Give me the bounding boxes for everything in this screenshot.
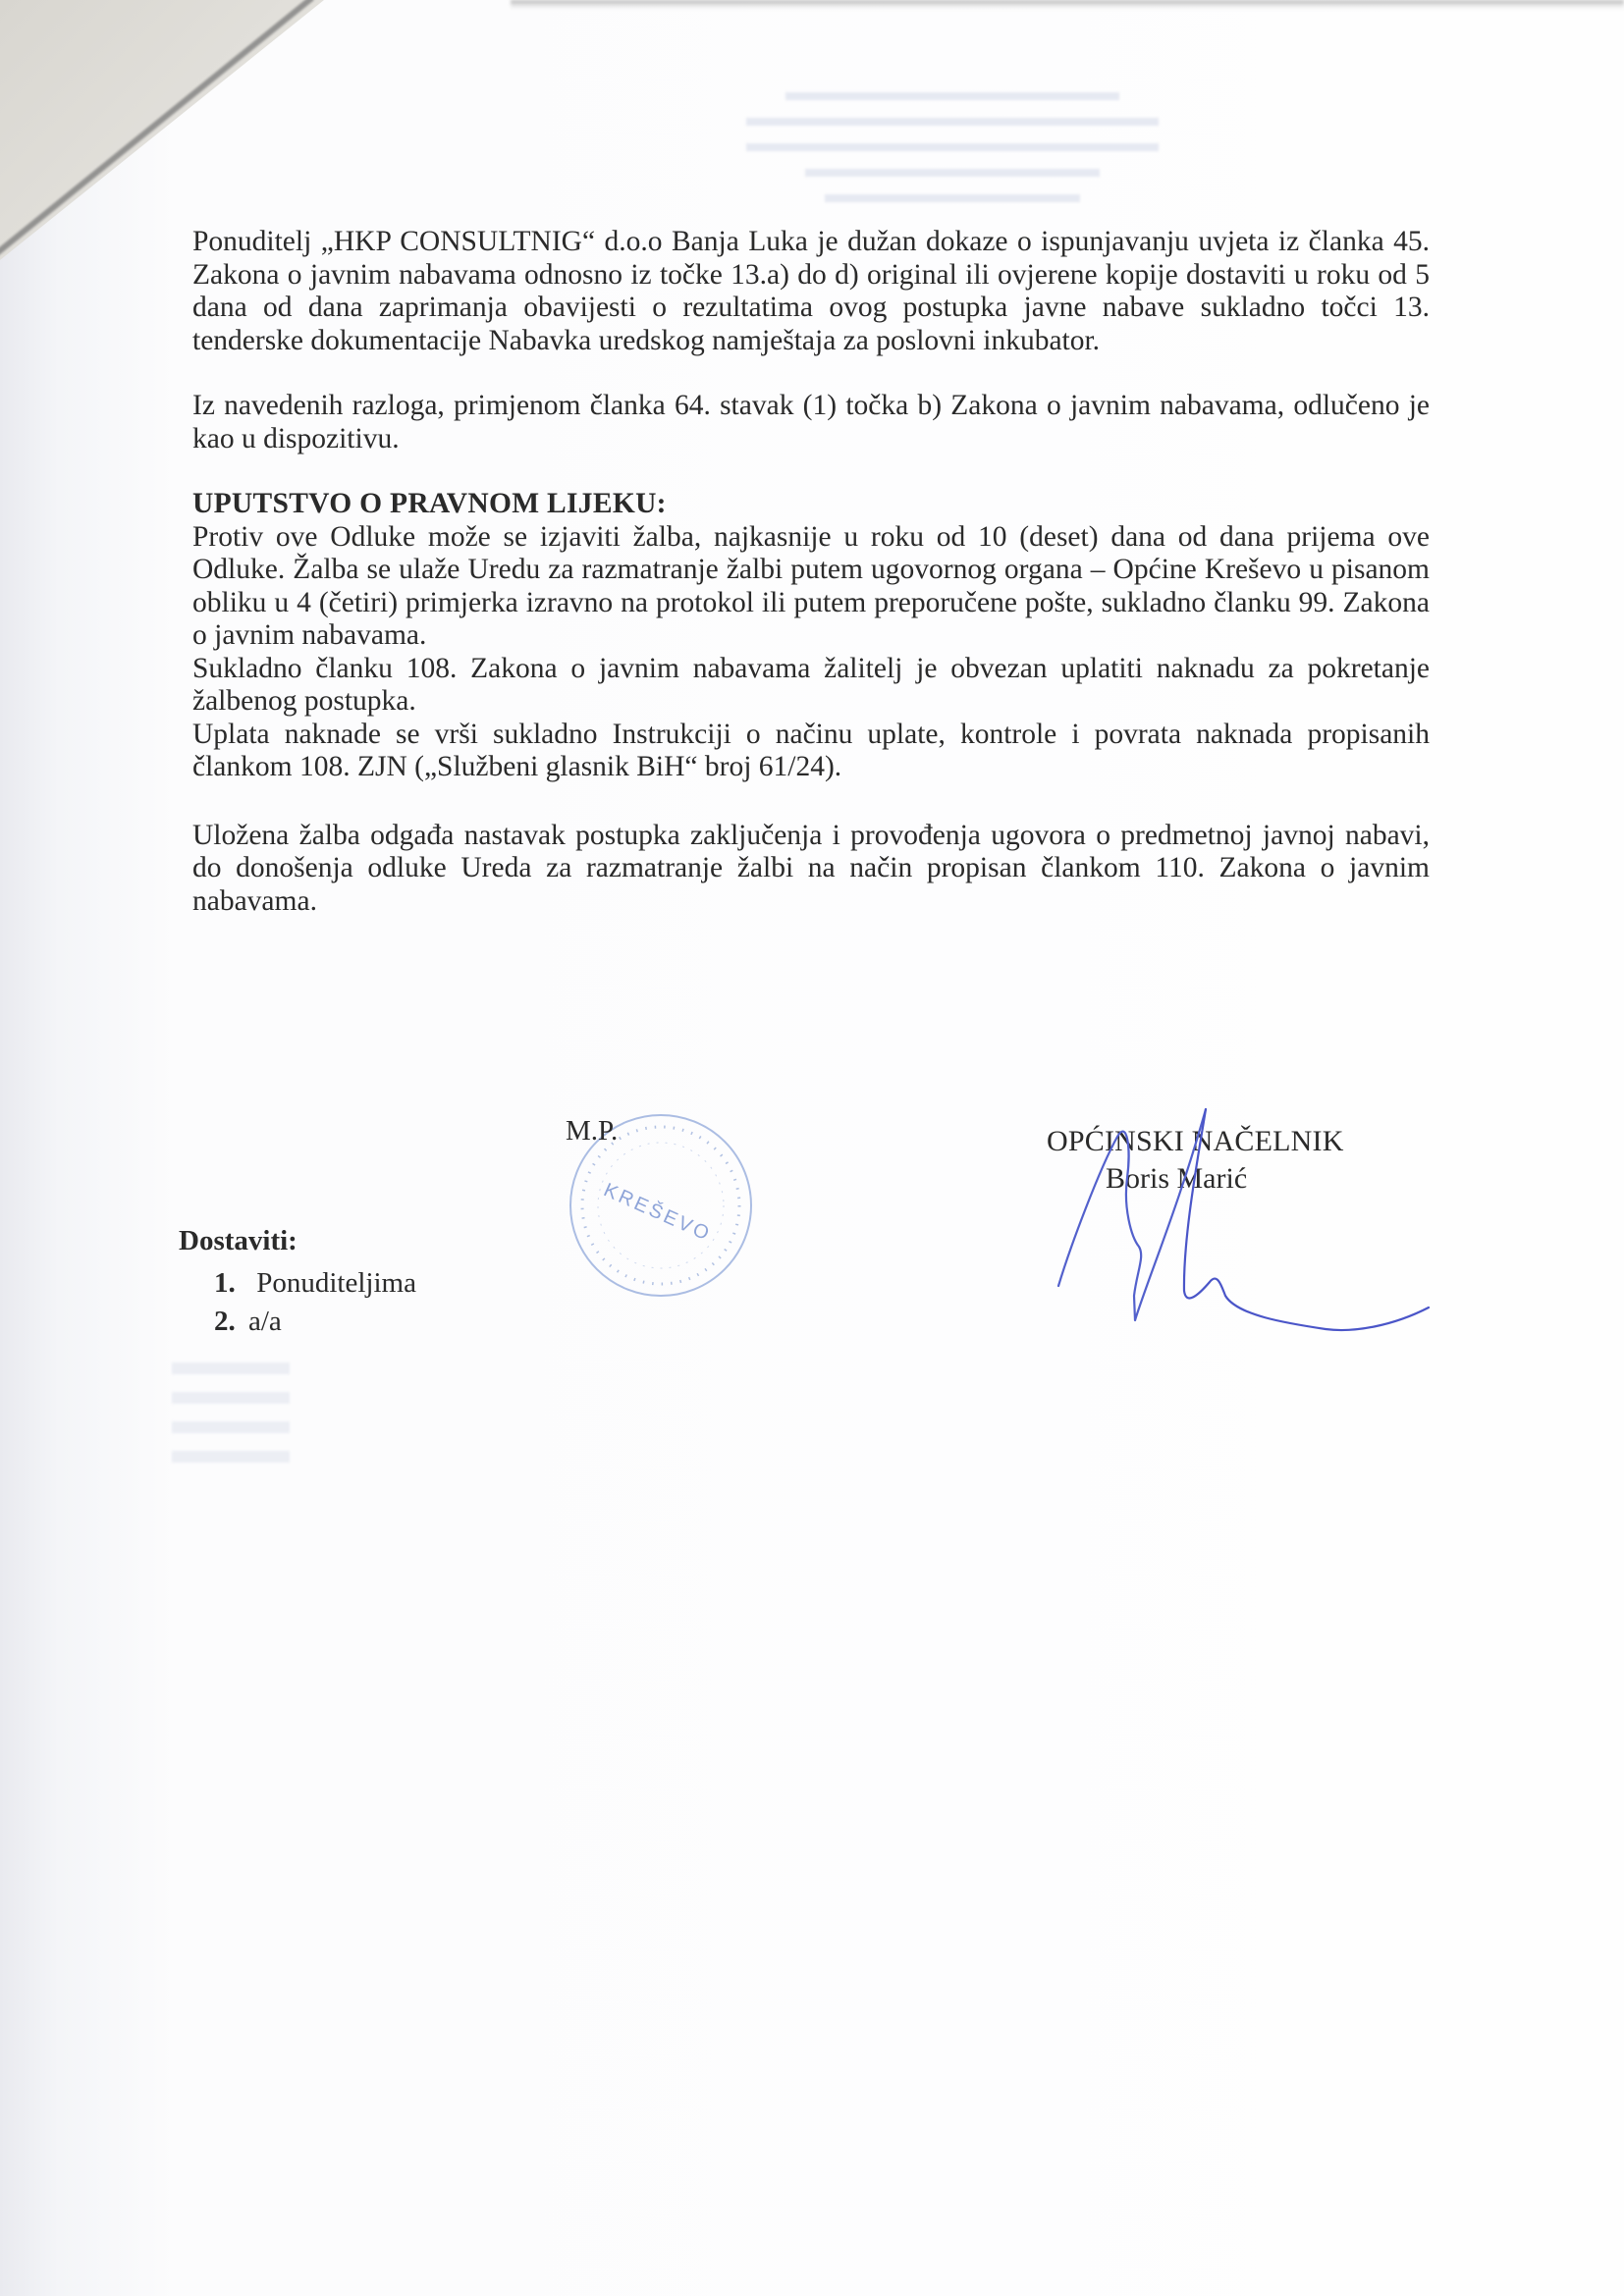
handwritten-signature-icon [1041,1090,1434,1345]
distribution-item-number: 1. [214,1264,249,1303]
legal-remedy-payment: Uplata naknade se vrši sukladno Instrukc… [192,719,1430,784]
legal-remedy-heading: UPUTSTVO O PRAVNOM LIJEKU: [192,488,1430,521]
distribution-item: 2. a/a [214,1303,416,1341]
paragraph-bidder-obligation: Ponuditelj „HKP CONSULTNIG“ d.o.o Banja … [192,226,1430,357]
legal-remedy-appeal: Protiv ove Odluke može se izjaviti žalba… [192,521,1430,653]
paragraph-suspension: Uložena žalba odgađa nastavak postupka z… [192,820,1430,919]
bleed-through-top [746,79,1159,220]
stamp-text: KREŠEVO [601,1178,716,1246]
page-top-edge-shadow [511,0,1624,10]
paragraph-decision-basis: Iz navedenih razloga, primjenom članka 6… [192,390,1430,455]
distribution-item: 1. Ponuditeljima [214,1264,416,1303]
distribution-item-number: 2. [214,1303,236,1341]
seal-placeholder-label: M.P. [566,1115,618,1148]
legal-remedy-fee: Sukladno članku 108. Zakona o javnim nab… [192,653,1430,719]
distribution-heading: Dostaviti: [179,1225,298,1257]
distribution-item-label: Ponuditeljima [256,1267,416,1299]
bleed-through-bottom [172,1345,290,1480]
document-body: Ponuditelj „HKP CONSULTNIG“ d.o.o Banja … [192,226,1430,918]
distribution-list: 1. Ponuditeljima 2. a/a [214,1264,416,1341]
distribution-item-label: a/a [248,1306,282,1337]
